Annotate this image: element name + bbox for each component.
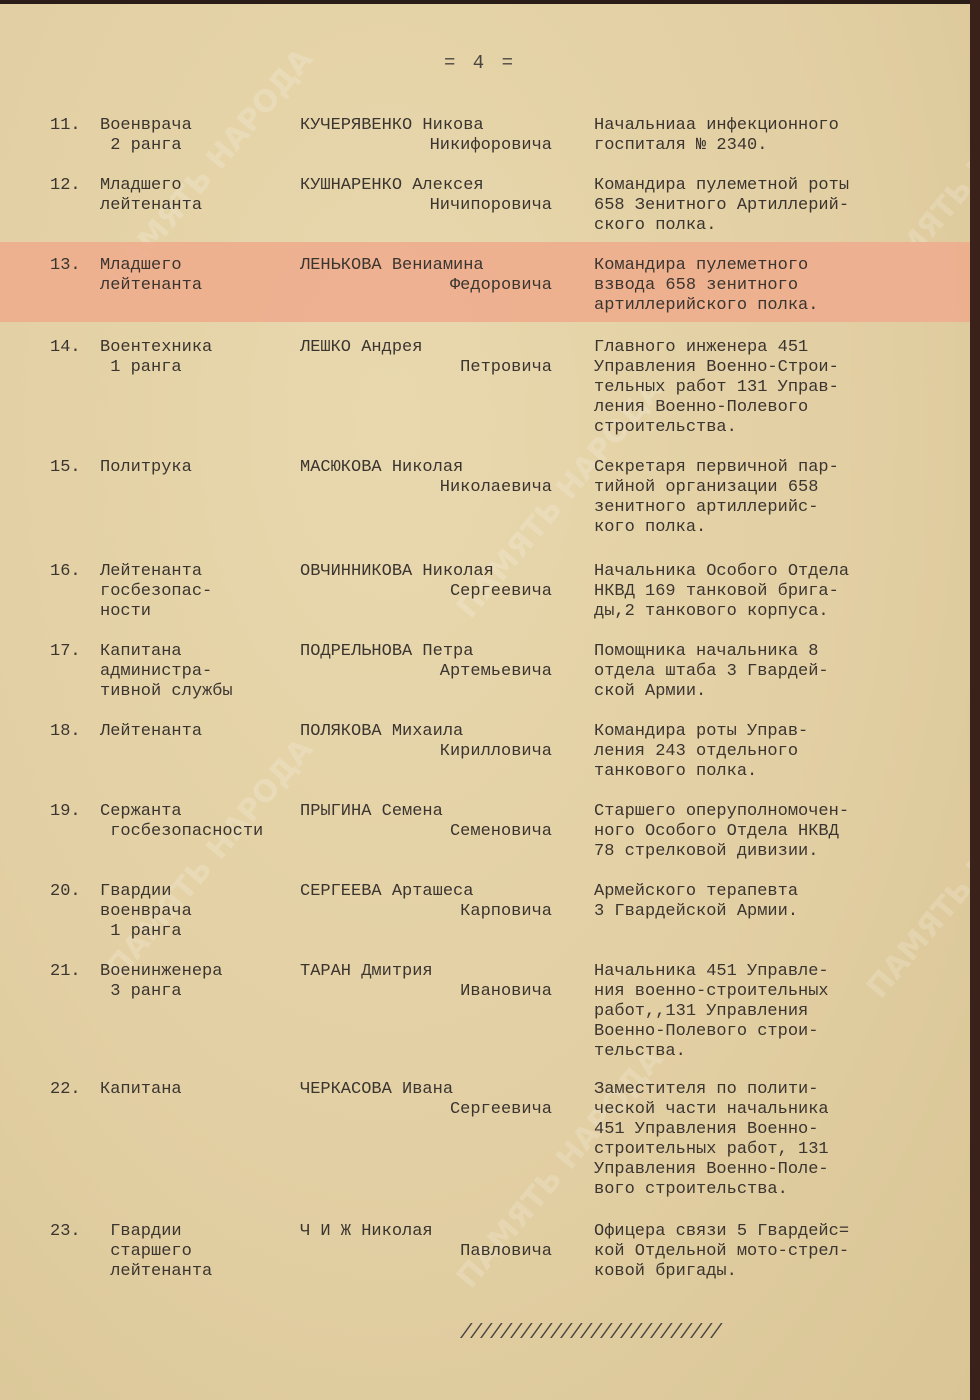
rank-line: Военинженера [100,962,222,982]
entry-position: Офицера связи 5 Гвардейс=кой Отдельной м… [594,1222,849,1282]
position-line: зенитного артиллерийс- [594,498,839,518]
patronymic: Николаевича [300,478,552,498]
position-line: Главного инженера 451 [594,338,839,358]
position-line: работ,,131 Управления [594,1002,829,1022]
rank-line: Военврача [100,116,192,136]
position-line: Старшего оперуполномочен- [594,802,849,822]
entry-name: ПРЫГИНА СеменаСеменовича [300,802,552,842]
position-line: Офицера связи 5 Гвардейс= [594,1222,849,1242]
entry-rank: Младшеголейтенанта [100,256,202,296]
entry-name: Ч И Ж НиколаяПавловича [300,1222,552,1262]
entry-position: Заместителя по полити-ческой части начал… [594,1080,829,1200]
entry-rank: Военинженера 3 ранга [100,962,222,1002]
position-line: строительства. [594,418,839,438]
position-line: кой Отдельной мото-стрел- [594,1242,849,1262]
patronymic: Ничипоровича [300,196,552,216]
entry-name: ОВЧИННИКОВА НиколаяСергеевича [300,562,552,602]
patronymic: Семеновича [300,822,552,842]
rank-line: ности [100,602,212,622]
rank-line: госбезопас- [100,582,212,602]
position-line: тельных работ 131 Управ- [594,378,839,398]
position-line: Командира роты Управ- [594,722,808,742]
entry-number: 12. [50,176,81,196]
entry-number: 14. [50,338,81,358]
entry-name: СЕРГЕЕВА АрташесаКарповича [300,882,552,922]
rank-line: администра- [100,662,233,682]
watermark: ПАМЯТЬ НАРОДА [862,754,970,1004]
entry-number: 23. [50,1222,81,1242]
entry-position: Командира роты Управ-ления 243 отдельног… [594,722,808,782]
position-line: Командира пулеметной роты [594,176,849,196]
surname-firstname: ПОЛЯКОВА Михаила [300,722,552,742]
position-line: артиллерийского полка. [594,296,818,316]
entry-position: Секретаря первичной пар-тийной организац… [594,458,839,538]
position-line: Начальниаа инфекционного [594,116,839,136]
entry-position: Старшего оперуполномочен-ного Особого От… [594,802,849,862]
entry-name: ПОЛЯКОВА МихаилаКирилловича [300,722,552,762]
rank-line: старшего [100,1242,212,1262]
entry-number: 13. [50,256,81,276]
surname-firstname: ЧЕРКАСОВА Ивана [300,1080,552,1100]
entry-number: 22. [50,1080,81,1100]
position-line: 78 стрелковой дивизии. [594,842,849,862]
position-line: 658 Зенитного Артиллерий- [594,196,849,216]
patronymic: Сергеевича [300,582,552,602]
position-line: Помощника начальника 8 [594,642,829,662]
entry-name: ЛЕНЬКОВА ВениаминаФедоровича [300,256,552,296]
entry-name: КУЧЕРЯВЕНКО НиковаНикифоровича [300,116,552,156]
rank-line: госбезопасности [100,822,263,842]
surname-firstname: ТАРАН Дмитрия [300,962,552,982]
rank-line: военврача [100,902,192,922]
rank-line: Воентехника [100,338,212,358]
watermark: ПАМЯТЬ НАРОДА [102,734,318,984]
entry-number: 17. [50,642,81,662]
position-line: танкового полка. [594,762,808,782]
entry-position: Главного инженера 451Управления Военно-С… [594,338,839,438]
rank-line: Капитана [100,1080,182,1100]
position-line: 451 Управления Военно- [594,1120,829,1140]
rank-line: лейтенанта [100,1262,212,1282]
patronymic: Сергеевича [300,1100,552,1120]
position-line: ния военно-строительных [594,982,829,1002]
position-line: взвода 658 зенитного [594,276,818,296]
surname-firstname: ПОДРЕЛЬНОВА Петра [300,642,552,662]
rank-line: Младшего [100,176,202,196]
patronymic: Ивановича [300,982,552,1002]
entry-position: Помощника начальника 8отдела штаба 3 Гва… [594,642,829,702]
entry-position: Начальника 451 Управле-ния военно-строит… [594,962,829,1062]
position-line: Секретаря первичной пар- [594,458,839,478]
entry-rank: Политрука [100,458,192,478]
entry-rank: Капитанаадминистра-тивной службы [100,642,233,702]
position-line: ды,2 танкового корпуса. [594,602,849,622]
rank-line: 2 ранга [100,136,192,156]
entry-rank: Сержанта госбезопасности [100,802,263,842]
position-line: тийной организации 658 [594,478,839,498]
patronymic: Павловича [300,1242,552,1262]
entry-name: ЛЕШКО АндреяПетровича [300,338,552,378]
entry-number: 16. [50,562,81,582]
rank-line: Лейтенанта [100,722,202,742]
entry-number: 20. [50,882,81,902]
entry-position: Командира пулеметноговзвода 658 зенитног… [594,256,818,316]
rank-line: 1 ранга [100,922,192,942]
rank-line: Политрука [100,458,192,478]
surname-firstname: МАСЮКОВА Николая [300,458,552,478]
position-line: Командира пулеметного [594,256,818,276]
entry-position: Армейского терапевта3 Гвардейской Армии. [594,882,798,922]
position-line: строительных работ, 131 [594,1140,829,1160]
entry-rank: Военврача 2 ранга [100,116,192,156]
patronymic: Никифоровича [300,136,552,156]
rank-line: 1 ранга [100,358,212,378]
entry-rank: Гвардии старшего лейтенанта [100,1222,212,1282]
position-line: Управления Военно-Поле- [594,1160,829,1180]
position-line: Военно-Полевого строи- [594,1022,829,1042]
position-line: отдела штаба 3 Гвардей- [594,662,829,682]
surname-firstname: СЕРГЕЕВА Арташеса [300,882,552,902]
surname-firstname: ПРЫГИНА Семена [300,802,552,822]
surname-firstname: Ч И Ж Николая [300,1222,552,1242]
entry-name: МАСЮКОВА НиколаяНиколаевича [300,458,552,498]
entry-name: ТАРАН ДмитрияИвановича [300,962,552,1002]
entry-rank: Лейтенантагосбезопас-ности [100,562,212,622]
entry-rank: Лейтенанта [100,722,202,742]
position-line: вого строительства. [594,1180,829,1200]
position-line: Армейского терапевта [594,882,798,902]
surname-firstname: КУШНАРЕНКО Алексея [300,176,552,196]
position-line: ской Армии. [594,682,829,702]
rank-line: лейтенанта [100,276,202,296]
entry-rank: Капитана [100,1080,182,1100]
position-line: Заместителя по полити- [594,1080,829,1100]
entry-name: ПОДРЕЛЬНОВА ПетраАртемьевича [300,642,552,682]
position-line: ного Особого Отдела НКВД [594,822,849,842]
entry-number: 19. [50,802,81,822]
position-line: Управления Военно-Строи- [594,358,839,378]
position-line: ского полка. [594,216,849,236]
surname-firstname: ОВЧИННИКОВА Николая [300,562,552,582]
position-line: НКВД 169 танковой брига- [594,582,849,602]
rank-line: лейтенанта [100,196,202,216]
position-line: Начальника 451 Управле- [594,962,829,982]
entry-number: 18. [50,722,81,742]
rank-line: Лейтенанта [100,562,212,582]
surname-firstname: ЛЕШКО Андрея [300,338,552,358]
document-page: ПАМЯТЬ НАРОДА ПАМЯТЬ НАРОДА ПАМЯТЬ НАРОД… [0,4,970,1400]
entry-position: Командира пулеметной роты658 Зенитного А… [594,176,849,236]
position-line: кого полка. [594,518,839,538]
rank-line: Гвардии [100,882,192,902]
rank-line: Капитана [100,642,233,662]
rank-line: тивной службы [100,682,233,702]
entry-rank: Гвардиивоенврача 1 ранга [100,882,192,942]
rank-line: 3 ранга [100,982,222,1002]
patronymic: Артемьевича [300,662,552,682]
entry-rank: Младшеголейтенанта [100,176,202,216]
position-line: ления 243 отдельного [594,742,808,762]
page-edge [970,0,980,1400]
entry-name: ЧЕРКАСОВА ИванаСергеевича [300,1080,552,1120]
patronymic: Карповича [300,902,552,922]
rank-line: Сержанта [100,802,263,822]
position-line: Начальника Особого Отдела [594,562,849,582]
signature-marks: ////////////////////////// [460,1322,720,1345]
entry-position: Начальника Особого ОтделаНКВД 169 танков… [594,562,849,622]
surname-firstname: КУЧЕРЯВЕНКО Никова [300,116,552,136]
rank-line: Младшего [100,256,202,276]
surname-firstname: ЛЕНЬКОВА Вениамина [300,256,552,276]
entry-rank: Воентехника 1 ранга [100,338,212,378]
position-line: тельства. [594,1042,829,1062]
patronymic: Федоровича [300,276,552,296]
entry-number: 21. [50,962,81,982]
entry-number: 11. [50,116,81,136]
position-line: ческой части начальника [594,1100,829,1120]
position-line: ления Военно-Полевого [594,398,839,418]
patronymic: Кирилловича [300,742,552,762]
position-line: 3 Гвардейской Армии. [594,902,798,922]
position-line: госпиталя № 2340. [594,136,839,156]
entry-number: 15. [50,458,81,478]
position-line: ковой бригады. [594,1262,849,1282]
entry-position: Начальниаа инфекционногогоспиталя № 2340… [594,116,839,156]
patronymic: Петровича [300,358,552,378]
page-number: = 4 = [0,52,960,74]
entry-name: КУШНАРЕНКО АлексеяНичипоровича [300,176,552,216]
rank-line: Гвардии [100,1222,212,1242]
